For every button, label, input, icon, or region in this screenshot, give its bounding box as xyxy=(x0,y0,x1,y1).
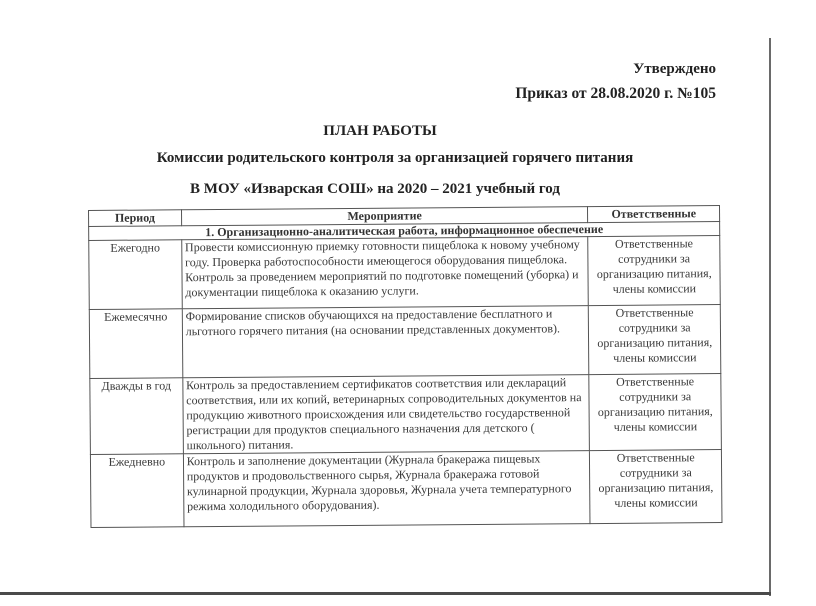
page-edge-right xyxy=(769,38,771,596)
responsible-cell: Ответственные сотрудники за организацию … xyxy=(589,305,721,375)
page-edge-bottom xyxy=(0,592,771,595)
table-row: Дважды в год Контроль за предоставлением… xyxy=(90,374,722,455)
order-reference: Приказ от 28.08.2020 г. №105 xyxy=(515,85,716,103)
period-cell: Ежегодно xyxy=(89,240,182,310)
activity-cell: Контроль за предоставлением сертификатов… xyxy=(183,375,590,454)
column-header-period: Период xyxy=(89,210,182,227)
activity-cell: Контроль и заполнение документации (Журн… xyxy=(183,451,590,527)
period-cell: Дважды в год xyxy=(90,378,183,455)
responsible-cell: Ответственные сотрудники за организацию … xyxy=(589,374,721,451)
document-title: ПЛАН РАБОТЫ xyxy=(40,123,720,140)
period-cell: Ежедневно xyxy=(90,454,183,528)
document-school-year: В МОУ «Изварская СОШ» на 2020 – 2021 уче… xyxy=(30,181,720,198)
table-row: Ежедневно Контроль и заполнение документ… xyxy=(90,450,722,528)
document-subtitle: Комиссии родительского контроля за орган… xyxy=(50,150,740,167)
activity-cell: Провести комиссионную приемку готовности… xyxy=(181,237,588,309)
table-row: Ежемесячно Формирование списков обучающи… xyxy=(89,305,721,379)
column-header-responsible: Ответственные xyxy=(588,206,720,223)
period-cell: Ежемесячно xyxy=(89,309,182,379)
activity-cell: Формирование списков обучающихся на пред… xyxy=(182,306,589,378)
approval-label: Утверждено xyxy=(633,61,716,78)
responsible-cell: Ответственные сотрудники за организацию … xyxy=(588,236,720,306)
responsible-cell: Ответственные сотрудники за организацию … xyxy=(590,450,722,524)
work-plan-table: Период Мероприятие Ответственные 1. Орга… xyxy=(88,205,722,528)
table-row: Ежегодно Провести комиссионную приемку г… xyxy=(89,236,721,310)
